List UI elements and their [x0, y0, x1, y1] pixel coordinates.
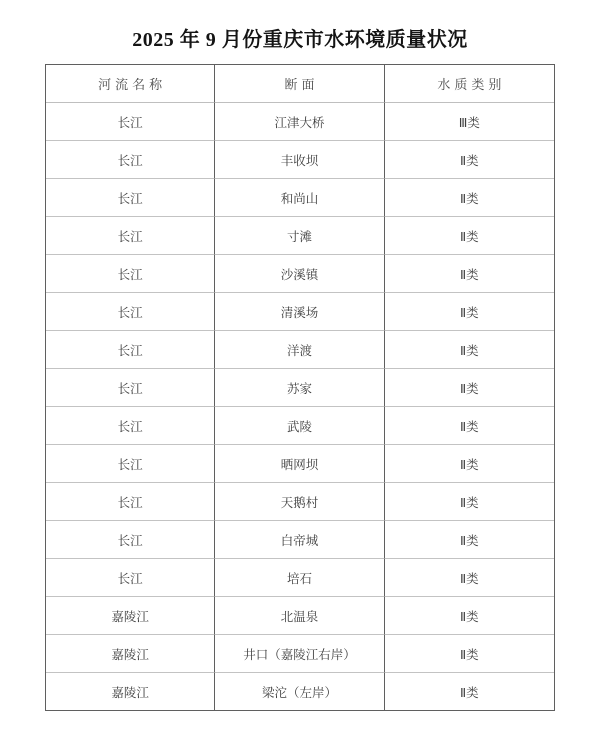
- table-row: 长江洋渡Ⅱ类: [46, 331, 554, 369]
- cell-water-quality-class: Ⅱ类: [385, 141, 554, 179]
- cell-river-name: 长江: [46, 407, 215, 445]
- table-row: 嘉陵江梁沱（左岸）Ⅱ类: [46, 673, 554, 710]
- cell-water-quality-class: Ⅱ类: [385, 217, 554, 255]
- column-header-class: 水质类别: [385, 65, 554, 103]
- cell-section-name: 培石: [215, 559, 384, 597]
- table-row: 长江武陵Ⅱ类: [46, 407, 554, 445]
- cell-section-name: 武陵: [215, 407, 384, 445]
- cell-water-quality-class: Ⅱ类: [385, 673, 554, 710]
- cell-section-name: 天鹅村: [215, 483, 384, 521]
- cell-river-name: 长江: [46, 255, 215, 293]
- column-header-river: 河流名称: [46, 65, 215, 103]
- cell-river-name: 长江: [46, 483, 215, 521]
- cell-water-quality-class: Ⅱ类: [385, 483, 554, 521]
- cell-river-name: 长江: [46, 559, 215, 597]
- table-row: 长江苏家Ⅱ类: [46, 369, 554, 407]
- table-row: 长江白帝城Ⅱ类: [46, 521, 554, 559]
- cell-water-quality-class: Ⅱ类: [385, 597, 554, 635]
- cell-section-name: 和尚山: [215, 179, 384, 217]
- table-header: 河流名称 断面 水质类别: [46, 65, 554, 103]
- cell-water-quality-class: Ⅱ类: [385, 635, 554, 673]
- cell-section-name: 清溪场: [215, 293, 384, 331]
- cell-river-name: 长江: [46, 521, 215, 559]
- cell-river-name: 嘉陵江: [46, 673, 215, 710]
- table-row: 长江沙溪镇Ⅱ类: [46, 255, 554, 293]
- cell-section-name: 苏家: [215, 369, 384, 407]
- cell-river-name: 长江: [46, 217, 215, 255]
- cell-water-quality-class: Ⅱ类: [385, 255, 554, 293]
- cell-river-name: 嘉陵江: [46, 635, 215, 673]
- cell-water-quality-class: Ⅱ类: [385, 369, 554, 407]
- table-row: 长江培石Ⅱ类: [46, 559, 554, 597]
- cell-river-name: 嘉陵江: [46, 597, 215, 635]
- cell-section-name: 井口（嘉陵江右岸）: [215, 635, 384, 673]
- header-row: 河流名称 断面 水质类别: [46, 65, 554, 103]
- cell-river-name: 长江: [46, 445, 215, 483]
- cell-water-quality-class: Ⅱ类: [385, 179, 554, 217]
- cell-section-name: 白帝城: [215, 521, 384, 559]
- water-quality-table: 河流名称 断面 水质类别 长江江津大桥Ⅲ类长江丰收坝Ⅱ类长江和尚山Ⅱ类长江寸滩Ⅱ…: [45, 64, 555, 711]
- cell-water-quality-class: Ⅱ类: [385, 445, 554, 483]
- table-row: 长江天鹅村Ⅱ类: [46, 483, 554, 521]
- table-row: 长江晒网坝Ⅱ类: [46, 445, 554, 483]
- cell-section-name: 洋渡: [215, 331, 384, 369]
- table-row: 长江江津大桥Ⅲ类: [46, 103, 554, 141]
- table-row: 长江丰收坝Ⅱ类: [46, 141, 554, 179]
- cell-river-name: 长江: [46, 331, 215, 369]
- cell-water-quality-class: Ⅱ类: [385, 293, 554, 331]
- cell-section-name: 晒网坝: [215, 445, 384, 483]
- cell-section-name: 江津大桥: [215, 103, 384, 141]
- cell-section-name: 梁沱（左岸）: [215, 673, 384, 710]
- cell-water-quality-class: Ⅲ类: [385, 103, 554, 141]
- table-row: 嘉陵江井口（嘉陵江右岸）Ⅱ类: [46, 635, 554, 673]
- table-row: 嘉陵江北温泉Ⅱ类: [46, 597, 554, 635]
- cell-water-quality-class: Ⅱ类: [385, 559, 554, 597]
- table-row: 长江和尚山Ⅱ类: [46, 179, 554, 217]
- cell-water-quality-class: Ⅱ类: [385, 331, 554, 369]
- cell-river-name: 长江: [46, 369, 215, 407]
- table-row: 长江寸滩Ⅱ类: [46, 217, 554, 255]
- cell-water-quality-class: Ⅱ类: [385, 407, 554, 445]
- cell-water-quality-class: Ⅱ类: [385, 521, 554, 559]
- table-row: 长江清溪场Ⅱ类: [46, 293, 554, 331]
- table-body: 长江江津大桥Ⅲ类长江丰收坝Ⅱ类长江和尚山Ⅱ类长江寸滩Ⅱ类长江沙溪镇Ⅱ类长江清溪场…: [46, 103, 554, 710]
- cell-section-name: 寸滩: [215, 217, 384, 255]
- cell-river-name: 长江: [46, 179, 215, 217]
- cell-river-name: 长江: [46, 293, 215, 331]
- cell-section-name: 沙溪镇: [215, 255, 384, 293]
- column-header-section: 断面: [215, 65, 384, 103]
- cell-river-name: 长江: [46, 141, 215, 179]
- cell-river-name: 长江: [46, 103, 215, 141]
- cell-section-name: 丰收坝: [215, 141, 384, 179]
- cell-section-name: 北温泉: [215, 597, 384, 635]
- page-title: 2025 年 9 月份重庆市水环境质量状况: [0, 27, 600, 53]
